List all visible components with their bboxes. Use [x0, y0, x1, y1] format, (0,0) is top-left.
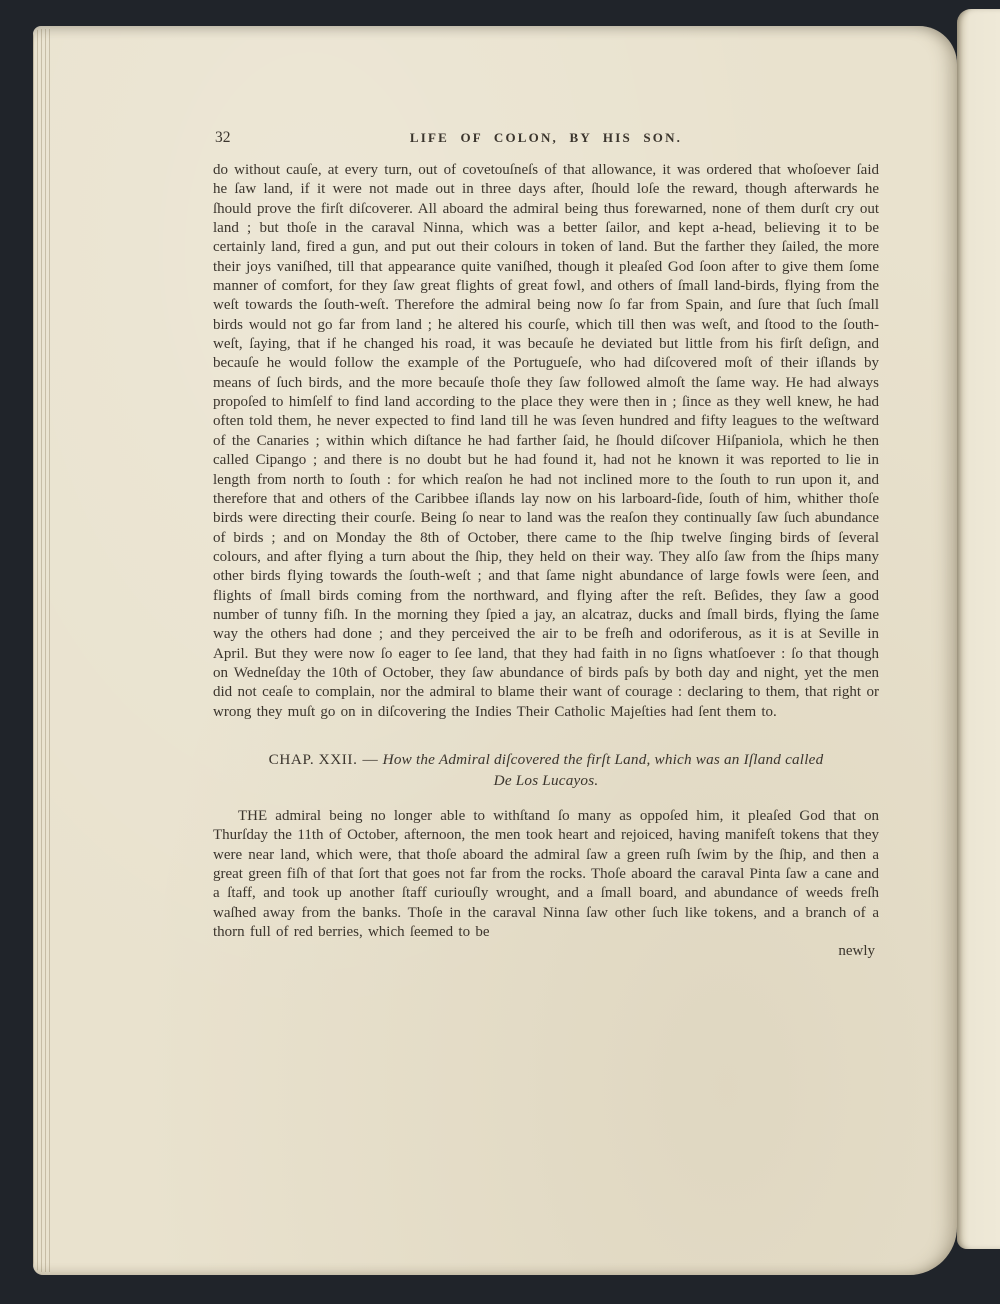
chapter-label: CHAP. XXII.	[269, 751, 358, 768]
catchword: newly	[213, 942, 879, 961]
chapter-heading-line-1: CHAP. XXII.—How the Admiral diſcovered t…	[213, 749, 879, 771]
chapter-title-line-1: How the Admiral diſcovered the firſt Lan…	[383, 751, 824, 768]
chapter-title-line-2: De Los Lucayos.	[494, 772, 599, 789]
page-header: 32 LIFE OF COLON, BY HIS SON.	[213, 128, 879, 150]
running-title: LIFE OF COLON, BY HIS SON.	[213, 128, 879, 146]
next-page-edge	[957, 9, 1000, 1249]
body-paragraph-1: do without cauſe, at every turn, out of …	[213, 161, 879, 722]
page-content: 32 LIFE OF COLON, BY HIS SON. do without…	[213, 128, 879, 962]
body-paragraph-2: THE admiral being no longer able to with…	[213, 807, 879, 942]
page-number: 32	[215, 129, 231, 147]
chapter-heading: CHAP. XXII.—How the Admiral diſcovered t…	[213, 749, 879, 792]
chapter-dash: —	[362, 751, 377, 768]
chapter-heading-line-2: De Los Lucayos.	[213, 770, 879, 792]
book-page: 32 LIFE OF COLON, BY HIS SON. do without…	[33, 26, 957, 1275]
page-edge-stack	[33, 29, 50, 1272]
